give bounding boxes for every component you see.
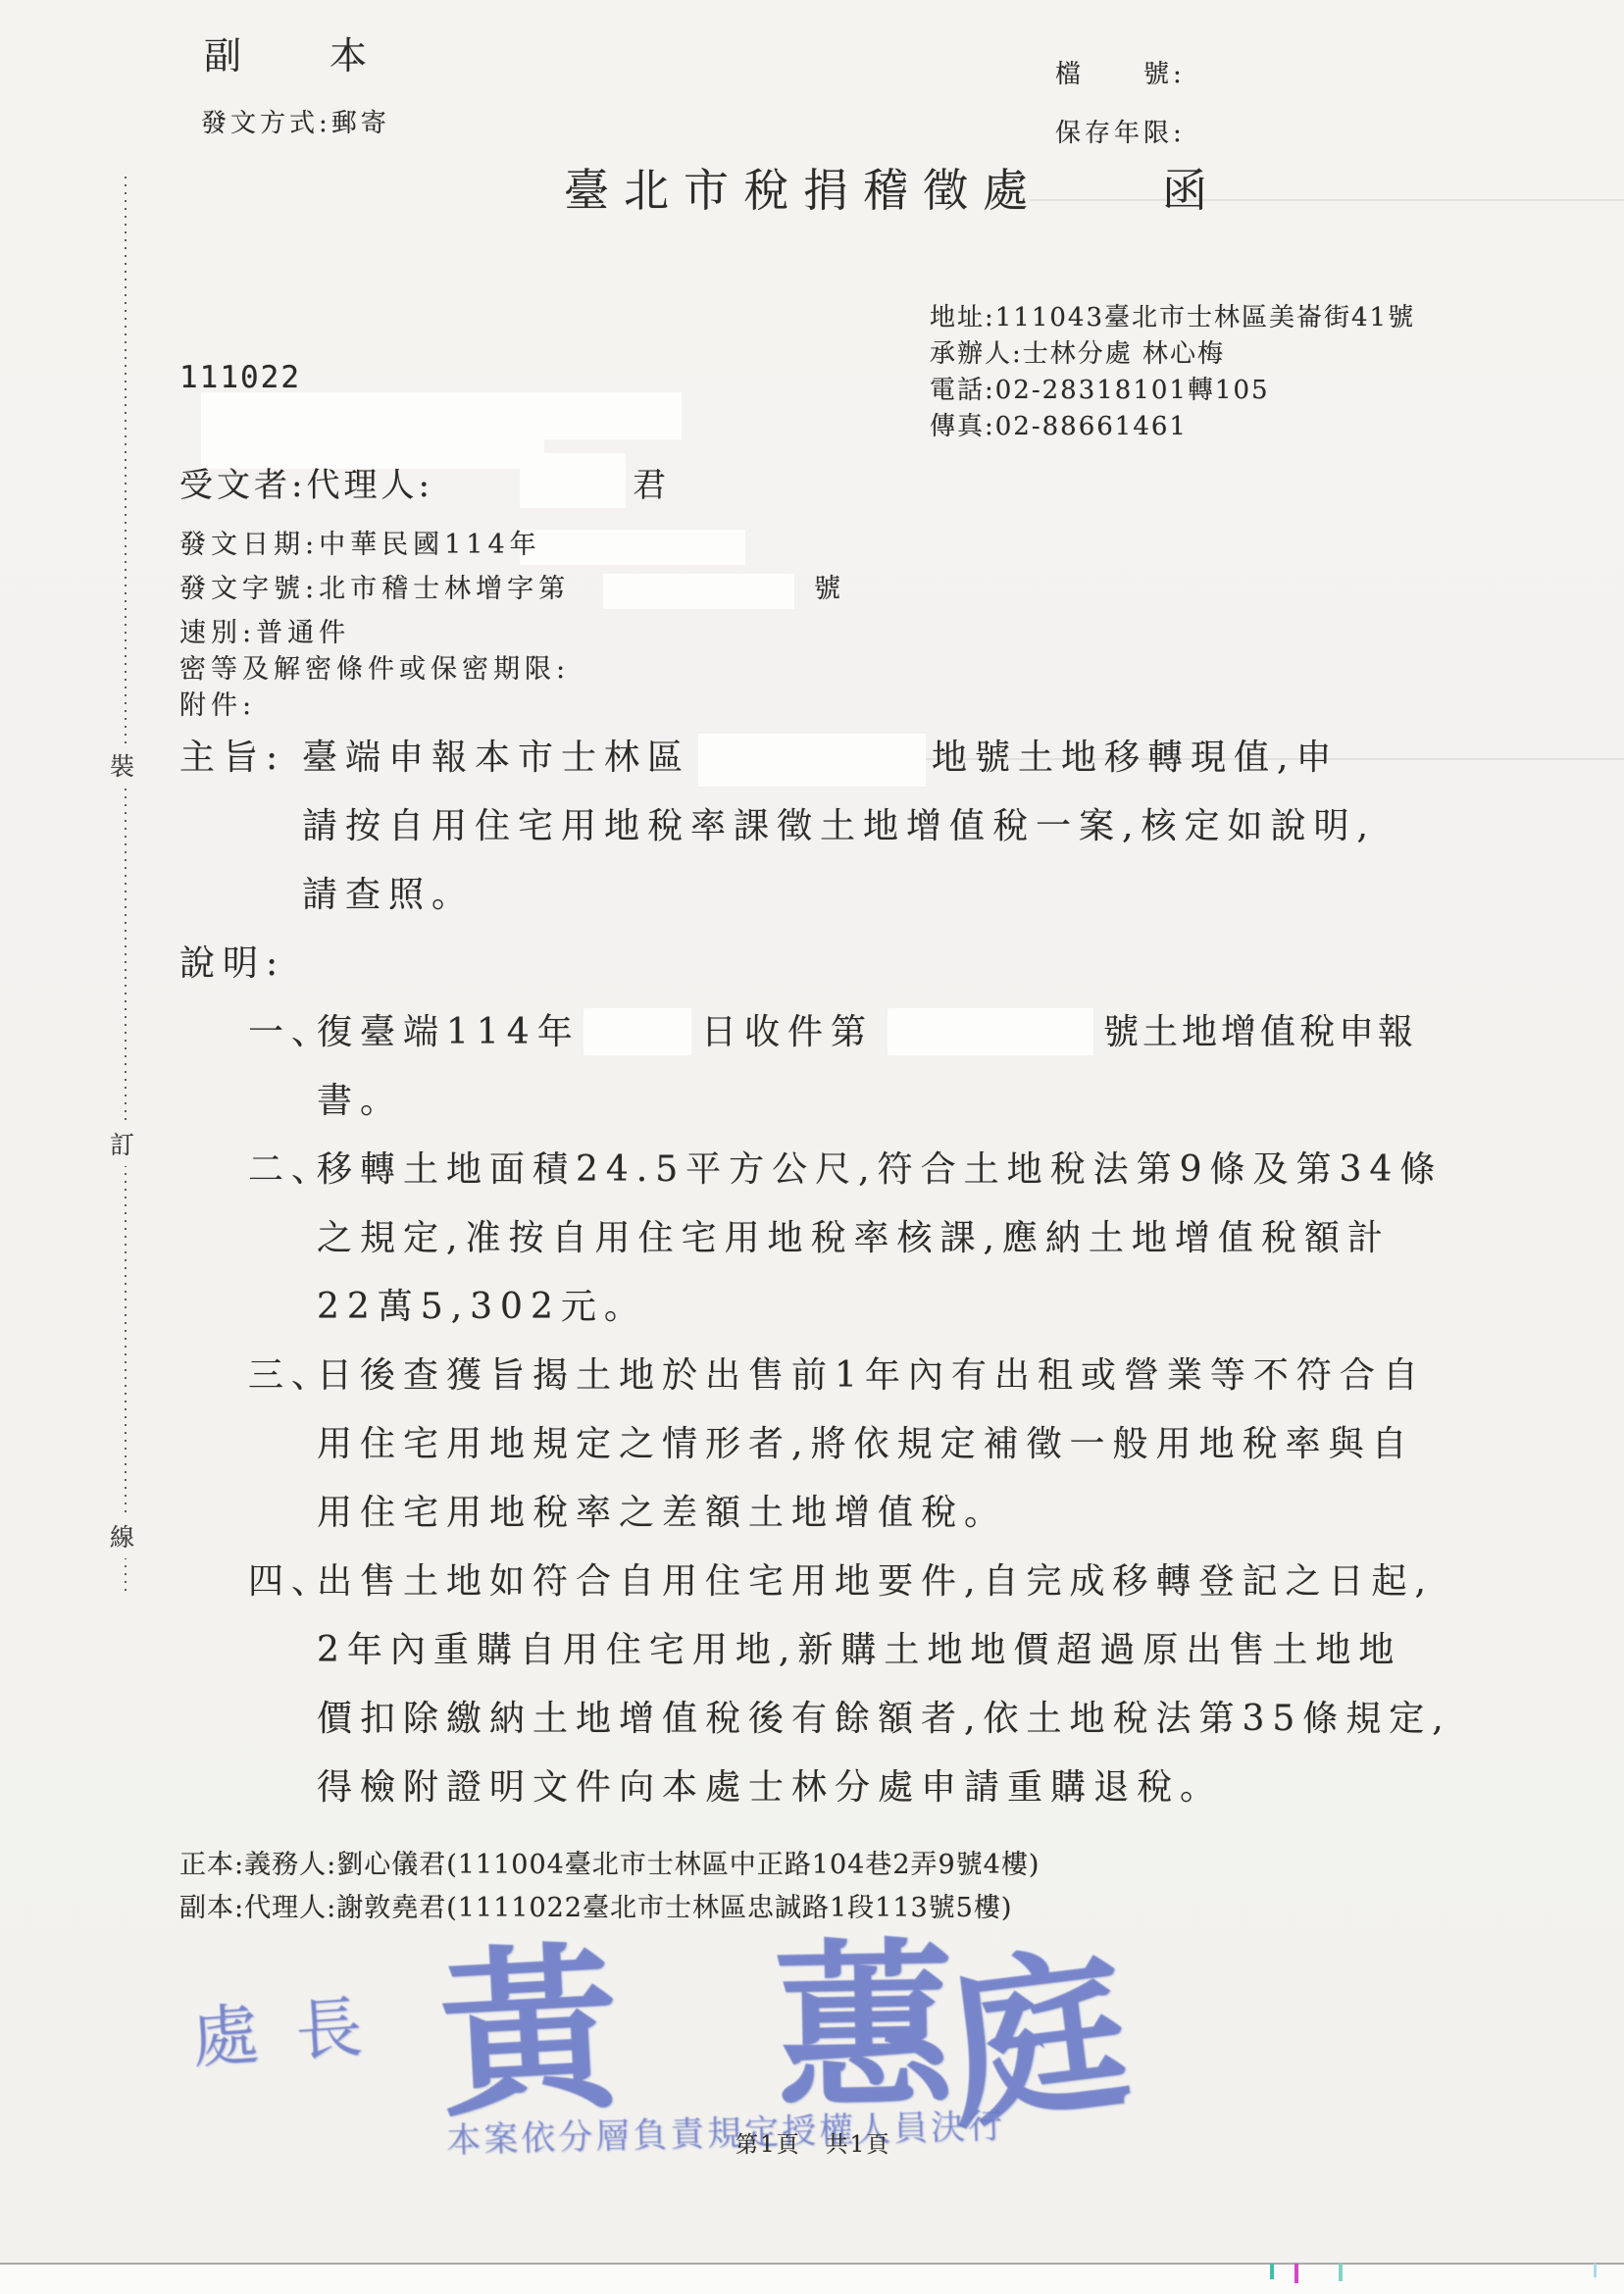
delivery-method: 發文方式:郵寄 xyxy=(201,110,390,139)
contact-fax: 傳真:02-88661461 xyxy=(930,409,1188,445)
ref-number-suffix: 號 xyxy=(814,574,845,604)
item2-line1: 移轉土地面積24.5平方公尺,符合土地稅法第9條及第34條 xyxy=(317,1149,1443,1190)
margin-mark-ding: 訂 xyxy=(110,1126,134,1166)
original-copy-line: 正本:義務人:劉心儀君(111004臺北市士林區中正路104巷2弄9號4樓) xyxy=(179,1850,1040,1880)
item1-seg2: 日收件第 xyxy=(701,1012,874,1052)
subject-line3: 請查照。 xyxy=(302,875,475,915)
item1-line2: 書。 xyxy=(317,1081,403,1121)
margin-mark-xian: 線 xyxy=(110,1518,134,1558)
scanned-official-letter: 裝 訂 線 副 本 發文方式:郵寄 檔 號: 保存年限: 臺北市稅捐稽徵處 函 … xyxy=(0,0,1624,2294)
redaction-box-lot-number xyxy=(698,734,926,787)
retention-label: 保存年限: xyxy=(1055,120,1186,149)
redaction-box-date xyxy=(520,530,745,565)
subject-line1-seg1: 臺端申報本市士林區 xyxy=(302,738,690,778)
scan-artifact-tick xyxy=(1294,2264,1298,2283)
document-title: 臺北市稅捐稽徵處 函 xyxy=(564,165,1222,217)
subject-line1-seg2: 地號土地移轉現值,申 xyxy=(932,738,1339,778)
ref-number-prefix: 發文字號:北市稽士林增字第 xyxy=(179,574,570,604)
redaction-box-recipient-name xyxy=(520,453,626,508)
item3-line1: 日後查獲旨揭土地於出售前1年內有出租或營業等不符合自 xyxy=(317,1355,1426,1396)
contact-officer: 承辦人:士林分處 林心梅 xyxy=(930,336,1225,373)
scan-artifact-tick xyxy=(1339,2264,1343,2281)
contact-phone: 電話:02-28318101轉105 xyxy=(930,373,1270,409)
security-class: 密等及解密條件或保密期限: xyxy=(179,654,570,685)
case-number: 111022 xyxy=(179,361,301,396)
item3-line3: 用住宅用地稅率之差額土地增值稅。 xyxy=(317,1493,1007,1533)
contact-address: 地址:111043臺北市士林區美崙街41號 xyxy=(930,300,1415,336)
scan-artifact-tick xyxy=(1594,2264,1597,2277)
issue-date: 發文日期:中華民國114年 xyxy=(179,530,541,560)
explanation-label: 說明: xyxy=(179,943,285,984)
subject-line2: 請按自用住宅用地稅率課徵土地增值稅一案,核定如說明, xyxy=(302,806,1376,846)
item1-seg1: 復臺端114年 xyxy=(317,1012,581,1052)
recipient-honorific: 君 xyxy=(633,467,670,505)
item1-seg3: 號土地增值稅申報 xyxy=(1103,1012,1417,1052)
binding-dotted-line xyxy=(125,177,127,1594)
page-footer: 第1頁 共1頁 xyxy=(736,2132,890,2158)
item2-line3: 22萬5,302元。 xyxy=(317,1287,647,1327)
recipient-label: 受文者:代理人: xyxy=(179,467,433,505)
stamp-director-title: 處長 xyxy=(188,1972,402,2082)
redaction-box-refno xyxy=(603,574,794,609)
item4-line2: 2年內重購自用住宅用地,新購土地地價超過原出售土地地 xyxy=(317,1630,1401,1670)
attachment: 附件: xyxy=(179,690,256,721)
redaction-box xyxy=(888,1008,1093,1055)
item4-line3: 價扣除繳納土地增值稅後有餘額者,依土地稅法第35條規定, xyxy=(317,1699,1451,1739)
item4-line1: 出售土地如符合自用住宅用地要件,自完成移轉登記之日起, xyxy=(317,1561,1434,1602)
file-number-label: 檔 號: xyxy=(1055,61,1186,90)
item3-line2: 用住宅用地規定之情形者,將依規定補徵一般用地稅率與自 xyxy=(317,1424,1414,1464)
scan-bottom-strip xyxy=(0,2265,1624,2294)
redaction-box xyxy=(584,1008,691,1055)
redaction-box xyxy=(201,392,682,439)
item2-line2: 之規定,准按自用住宅用地稅率核課,應納土地增值稅額計 xyxy=(317,1218,1391,1258)
margin-mark-zhuang: 裝 xyxy=(110,747,134,788)
item4-line4: 得檢附證明文件向本處士林分處申請重購退稅。 xyxy=(317,1767,1223,1808)
speed-class: 速別:普通件 xyxy=(179,618,350,648)
redaction-box xyxy=(201,439,544,469)
copy-label: 副 本 xyxy=(204,35,392,78)
scan-artifact-tick xyxy=(1270,2264,1274,2279)
subject-label: 主旨: xyxy=(179,738,285,778)
